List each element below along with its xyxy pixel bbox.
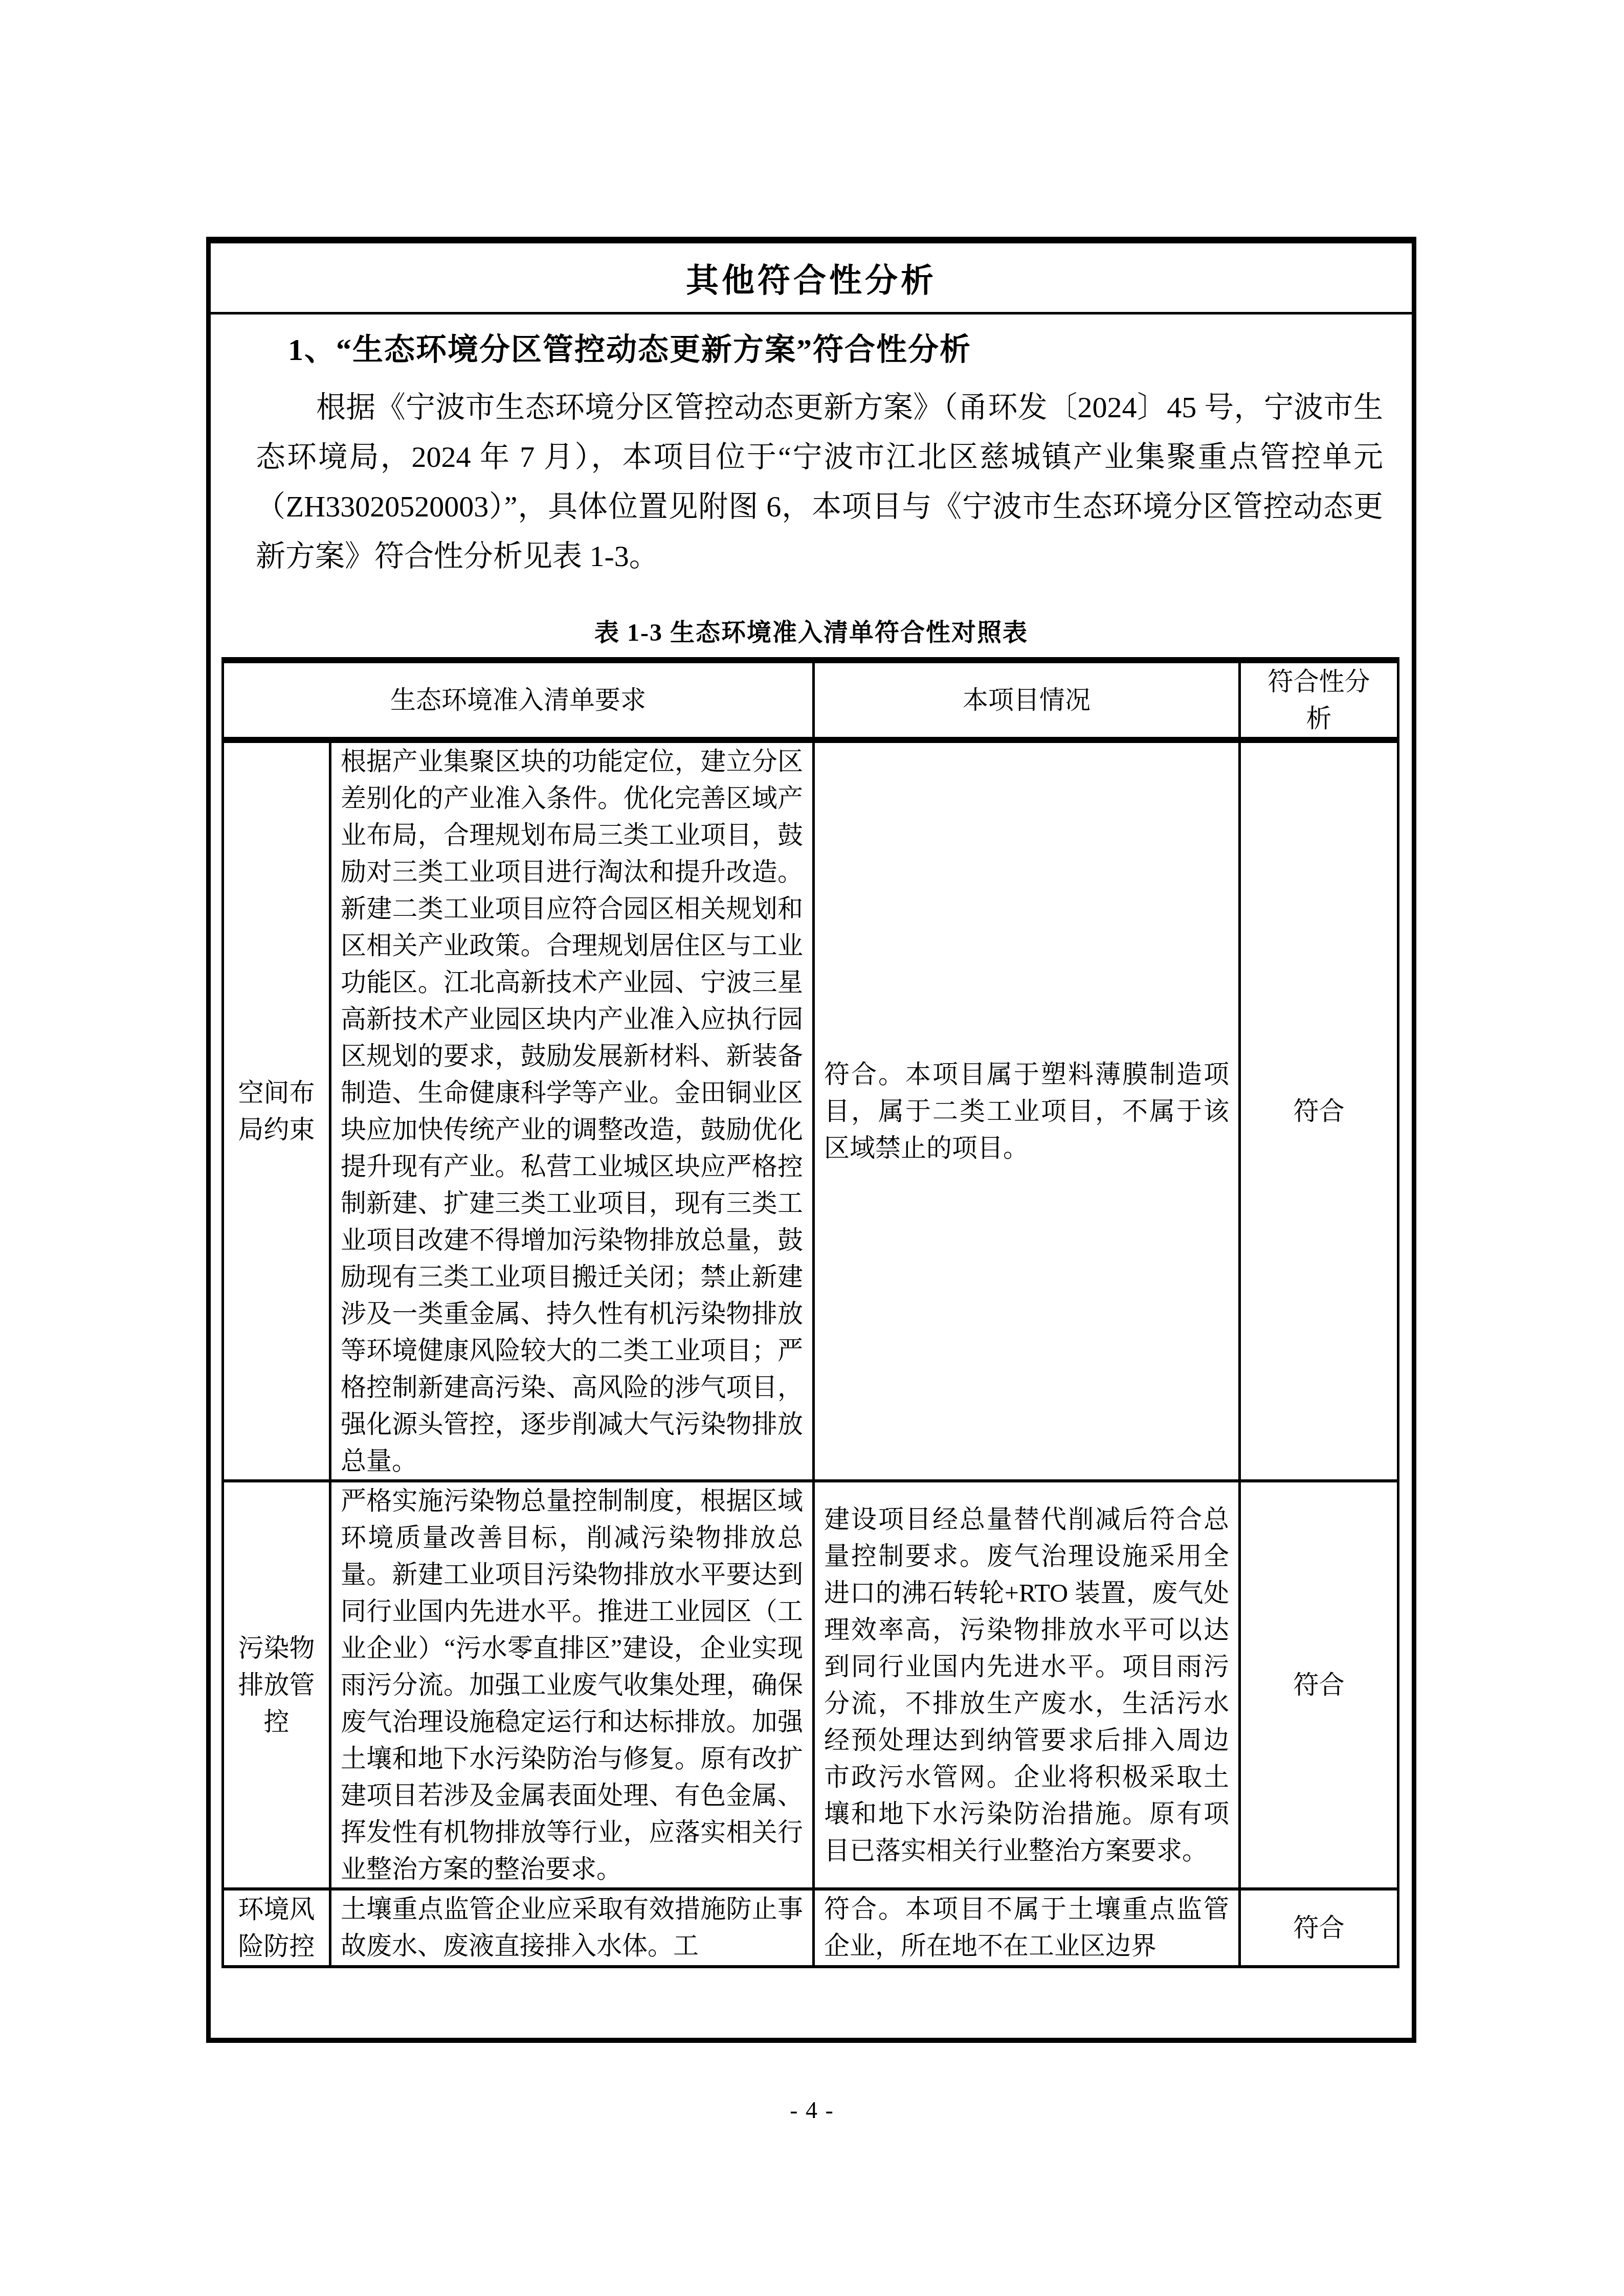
row-risk-project: 符合。本项目不属于土壤重点监管企业，所在地不在工业区边界 [814, 1889, 1240, 1967]
row-risk-category: 环境风险防控 [223, 1889, 330, 1967]
row-risk-compliance: 符合 [1240, 1889, 1398, 1967]
row-pollutant-compliance: 符合 [1240, 1481, 1398, 1889]
table-row-pollutant-control: 污染物排放管控 严格实施污染物总量控制制度，根据区域环境质量改善目标，削减污染物… [223, 1481, 1398, 1889]
row-space-compliance: 符合 [1240, 740, 1398, 1481]
row-space-project: 符合。本项目属于塑料薄膜制造项目，属于二类工业项目，不属于该区域禁止的项目。 [814, 740, 1240, 1481]
page-number: - 4 - [0, 2097, 1624, 2124]
table-row-space-layout: 空间布局约束 根据产业集聚区块的功能定位，建立分区差别化的产业准入条件。优化完善… [223, 740, 1398, 1481]
row-pollutant-requirement: 严格实施污染物总量控制制度，根据区域环境质量改善目标，削减污染物排放总量。新建工… [330, 1481, 814, 1889]
table-caption: 表 1-3 生态环境准入清单符合性对照表 [211, 613, 1412, 648]
table-row-risk-prevention: 环境风险防控 土壤重点监管企业应采取有效措施防止事故废水、废液直接排入水体。工 … [223, 1889, 1398, 1967]
intro-paragraph: 根据《宁波市生态环境分区管控动态更新方案》（甬环发〔2024〕45 号，宁波市生… [256, 382, 1383, 581]
row-pollutant-category: 污染物排放管控 [223, 1481, 330, 1889]
row-pollutant-project: 建设项目经总量替代削减后符合总量控制要求。废气治理设施采用全进口的沸石转轮+RT… [814, 1481, 1240, 1889]
page-title: 其他符合性分析 [211, 243, 1412, 314]
header-project: 本项目情况 [814, 660, 1240, 740]
header-requirement: 生态环境准入清单要求 [223, 660, 814, 740]
header-compliance: 符合性分析 [1240, 660, 1398, 740]
section-heading: 1、“生态环境分区管控动态更新方案”符合性分析 [288, 325, 1381, 369]
header-compliance-label: 符合性分析 [1266, 663, 1372, 737]
row-space-requirement: 根据产业集聚区块的功能定位，建立分区差别化的产业准入条件。优化完善区域产业布局，… [330, 740, 814, 1481]
table-header-row: 生态环境准入清单要求 本项目情况 符合性分析 [223, 660, 1398, 740]
compliance-table: 生态环境准入清单要求 本项目情况 符合性分析 空间布局约束 根据产业集聚区块的功… [221, 657, 1399, 1968]
row-space-category: 空间布局约束 [223, 740, 330, 1481]
document-page-frame: 其他符合性分析 1、“生态环境分区管控动态更新方案”符合性分析 根据《宁波市生态… [206, 237, 1416, 2043]
row-risk-requirement: 土壤重点监管企业应采取有效措施防止事故废水、废液直接排入水体。工 [330, 1889, 814, 1967]
